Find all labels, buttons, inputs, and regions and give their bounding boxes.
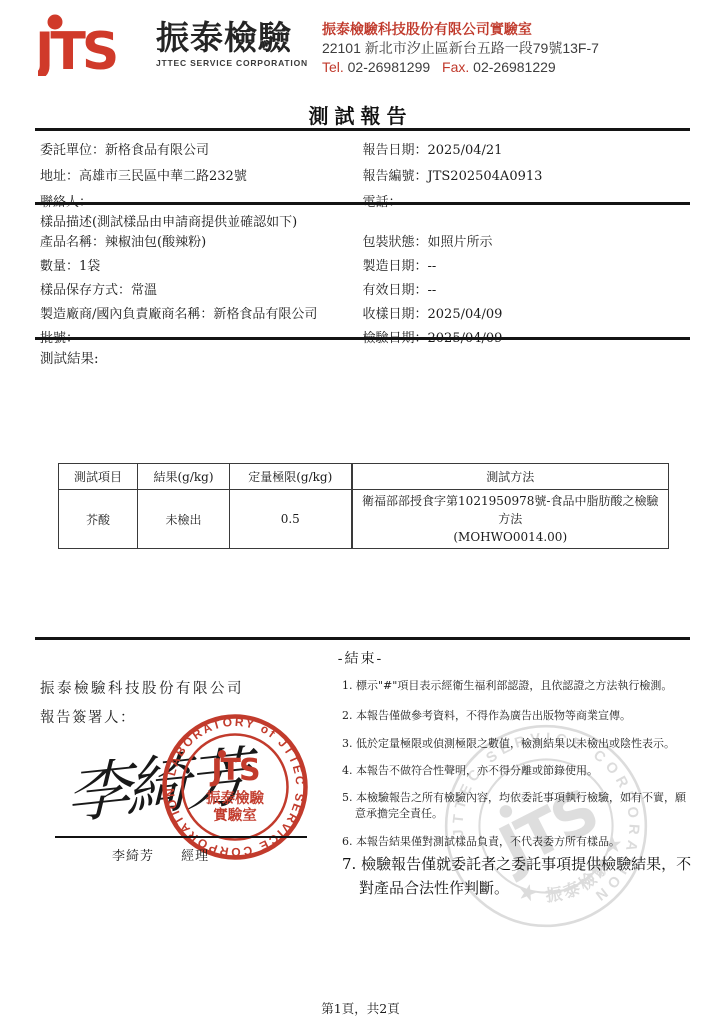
lab-seal-stamp: LABORATORY of JTTEC SERVICE CORPORATION …	[160, 712, 310, 862]
col-header-method: 測試方法	[352, 464, 669, 490]
manufacturer-value: 新格食品有限公司	[213, 307, 317, 322]
logo-company-name: 振泰檢驗	[156, 20, 308, 56]
fax-label: Fax.	[442, 59, 469, 75]
sample-section-heading: 樣品描述(測試樣品由申請商提供並確認如下)	[40, 211, 297, 230]
col-header-item: 測試項目	[59, 464, 138, 490]
cell-loq: 0.5	[230, 490, 352, 549]
note-item: 2. 本報告僅做參考資料，不得作為廣告出版物等商業宣傳。	[342, 708, 694, 724]
signer-name-row: 李綺芳 經理	[112, 845, 209, 864]
client-label: 委託單位：	[40, 143, 105, 158]
lab-telfax: Tel. 02-26981299 Fax. 02-26981229	[322, 58, 599, 77]
sample-info-section: 產品名稱：辣椒油包(酸辣粉) 包裝狀態：如照片所示 數量：1袋 製造日期：-- …	[40, 231, 685, 351]
col-header-result: 結果(g/kg)	[138, 464, 230, 490]
stamp-line2: 實驗室	[213, 806, 257, 824]
storage-value: 常溫	[131, 283, 157, 298]
received-date-label: 收樣日期：	[363, 307, 428, 322]
info-row: 地址：高雄市三民區中華二路232號 報告編號：JTS202504A0913	[40, 165, 685, 191]
manufacturer-label: 製造廠商/國內負責廠商名稱：	[40, 307, 213, 322]
note-item: 1. 標示"#"項目表示經衛生福利部認證，且依認證之方法執行檢測。	[342, 678, 694, 694]
note-item: 7. 檢驗報告僅就委託者之委託事項提供檢驗結果，不對產品合法性作判斷。	[342, 852, 694, 900]
signer-label: 報告簽署人：	[40, 706, 136, 727]
report-page: JTS 振泰檢驗 JTTEC SERVICE CORPORATION 振泰檢驗科…	[0, 0, 721, 1024]
table-header-row: 測試項目 結果(g/kg) 定量極限(g/kg) 測試方法	[59, 464, 669, 490]
info-row: 委託單位：新格食品有限公司 報告日期：2025/04/21	[40, 139, 685, 165]
stamp-line1: 振泰檢驗	[205, 789, 264, 807]
signer-name: 李綺芳	[112, 849, 154, 864]
divider	[35, 337, 690, 340]
logo-subtitle: JTTEC SERVICE CORPORATION	[156, 58, 308, 68]
fax-number: 02-26981229	[473, 59, 556, 75]
end-mark: -結束-	[0, 648, 721, 668]
divider	[35, 202, 690, 205]
mfg-date-label: 製造日期：	[363, 259, 428, 274]
tel-number: 02-26981299	[348, 59, 431, 75]
expiry-value: --	[428, 283, 437, 298]
cell-method: 衛福部部授食字第1021950978號-食品中脂肪酸之檢驗方法 (MOHWO00…	[352, 490, 669, 549]
cell-result: 未檢出	[138, 490, 230, 549]
divider	[35, 637, 690, 640]
signer-title: 經理	[181, 849, 209, 864]
sample-row: 樣品保存方式：常溫 有效日期：--	[40, 279, 685, 303]
results-table: 測試項目 結果(g/kg) 定量極限(g/kg) 測試方法 芥酸 未檢出 0.5…	[58, 463, 669, 549]
sample-row: 產品名稱：辣椒油包(酸辣粉) 包裝狀態：如照片所示	[40, 231, 685, 255]
report-no-label: 報告編號：	[363, 169, 428, 184]
report-date-value: 2025/04/21	[428, 143, 503, 158]
packing-label: 包裝狀態：	[363, 235, 428, 250]
footer-company-name: 振泰檢驗科技股份有限公司	[40, 677, 244, 698]
sample-row: 製造廠商/國內負責廠商名稱：新格食品有限公司 收樣日期：2025/04/09	[40, 303, 685, 327]
client-info-section: 委託單位：新格食品有限公司 報告日期：2025/04/21 地址：高雄市三民區中…	[40, 139, 685, 217]
storage-label: 樣品保存方式：	[40, 283, 131, 298]
note-item: 3. 低於定量極限或偵測極限之數值，檢測結果以未檢出或陰性表示。	[342, 736, 694, 752]
client-value: 新格食品有限公司	[105, 143, 209, 158]
product-name-value: 辣椒油包(酸辣粉)	[105, 235, 206, 250]
divider	[35, 128, 690, 131]
cell-test-item: 芥酸	[59, 490, 138, 549]
svg-text:JTS: JTS	[38, 22, 116, 76]
report-no-value: JTS202504A0913	[428, 169, 543, 184]
results-heading: 測試結果:	[40, 347, 99, 367]
quantity-value: 1袋	[79, 259, 100, 274]
jts-logo-icon: JTS	[38, 12, 150, 76]
report-date-label: 報告日期：	[363, 143, 428, 158]
packing-value: 如照片所示	[428, 235, 493, 250]
col-header-loq: 定量極限(g/kg)	[230, 464, 352, 490]
lab-address: 22101 新北市汐止區新台五路一段79號13F-7	[322, 39, 599, 58]
jts-watermark-stamp: JTTEC SERVICE CORPORATION JTS ★ 振泰檢驗 ★	[406, 686, 686, 966]
company-logo: JTS 振泰檢驗 JTTEC SERVICE CORPORATION	[38, 12, 308, 76]
expiry-label: 有效日期：	[363, 283, 428, 298]
header-contact-info: 振泰檢驗科技股份有限公司實驗室 22101 新北市汐止區新台五路一段79號13F…	[322, 20, 599, 77]
note-item: 4. 本報告不做符合性聲明，亦不得分離或節錄使用。	[342, 763, 694, 779]
note-item: 5. 本檢驗報告之所有檢驗內容，均依委託事項執行檢驗，如有不實，願意承擔完全責任…	[342, 790, 694, 822]
address-label: 地址：	[40, 169, 79, 184]
method-line-1: 衛福部部授食字第1021950978號-食品中脂肪酸之檢驗方法	[357, 492, 665, 528]
mfg-date-value: --	[428, 259, 437, 274]
signature-line	[55, 836, 307, 838]
address-value: 高雄市三民區中華二路232號	[79, 169, 247, 184]
page-number: 第1頁，共2頁	[0, 999, 721, 1017]
product-name-label: 產品名稱：	[40, 235, 105, 250]
quantity-label: 數量：	[40, 259, 79, 274]
stamp-logo: JTS	[209, 753, 259, 788]
sample-row: 數量：1袋 製造日期：--	[40, 255, 685, 279]
lab-name: 振泰檢驗科技股份有限公司實驗室	[322, 20, 599, 39]
method-line-2: (MOHWO0014.00)	[357, 528, 665, 546]
page-title: 測試報告	[0, 100, 721, 129]
tel-label: Tel.	[322, 59, 344, 75]
header: JTS 振泰檢驗 JTTEC SERVICE CORPORATION 振泰檢驗科…	[38, 12, 599, 77]
received-date-value: 2025/04/09	[428, 307, 503, 322]
note-item: 6. 本報告結果僅對測試樣品負責，不代表委方所有樣品。	[342, 834, 694, 850]
table-row: 芥酸 未檢出 0.5 衛福部部授食字第1021950978號-食品中脂肪酸之檢驗…	[59, 490, 669, 549]
